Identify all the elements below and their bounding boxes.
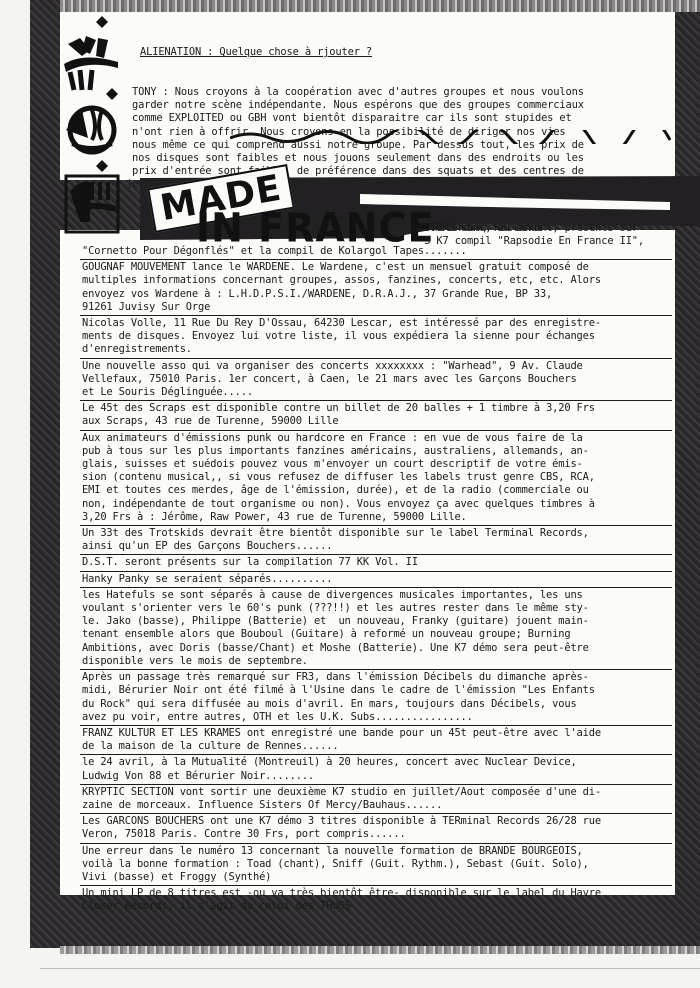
news-item: Un 33t des Trotskids devrait être bientô… (80, 525, 672, 554)
news-line: pub à tous sur les plus importants fanzi… (82, 445, 670, 458)
news-line: Closer Records, il s'agit de celui des T… (82, 900, 670, 913)
news-line: ments de disques. Envoyez lui votre list… (82, 330, 670, 343)
news-line: non, indépendante de tout organisme ou n… (82, 498, 670, 511)
page-bottom-strip (60, 946, 700, 954)
news-line: midi, Bérurier Noir ont été filmé à l'Us… (82, 684, 670, 697)
news-line: "Cornetto Pour Dégonflés" et la compil d… (82, 245, 670, 258)
squiggle-divider (230, 130, 680, 144)
news-item: KRYPTIC SECTION vont sortir une deuxième… (80, 784, 672, 813)
news-line: multiples informations concernant groupe… (82, 274, 670, 287)
news-item: Une erreur dans le numéro 13 concernant … (80, 843, 672, 886)
news-line: FRANZ KULTUR ET LES KRAMES ont enregistr… (82, 727, 670, 740)
news-item: Les GARCONS BOUCHERS ont une K7 démo 3 t… (80, 813, 672, 842)
news-item: Après un passage très remarqué sur FR3, … (80, 669, 672, 725)
news-line: sion (contenu musical,, si vous refusez … (82, 471, 670, 484)
news-item: Un mini LP de 8 titres est -ou va très b… (80, 885, 672, 914)
interview-line: garder notre scène indépendante. Nous es… (132, 99, 672, 112)
news-item: Nicolas Volle, 11 Rue Du Rey D'Ossau, 64… (80, 315, 672, 358)
news-line: Les GARCONS BOUCHERS ont une K7 démo 3 t… (82, 815, 670, 828)
news-item: FRANZ KULTUR ET LES KRAMES ont enregistr… (80, 725, 672, 754)
news-line: de la maison de la culture de Rennes....… (82, 740, 670, 753)
news-line: les Hatefuls se sont séparés à cause de … (82, 589, 670, 602)
news-line: GOUGNAF MOUVEMENT lance le WARDENE. Le W… (82, 261, 670, 274)
news-list: "Cornetto Pour Dégonflés" et la compil d… (80, 244, 672, 915)
news-line: ainsi qu'un EP des Garçons Bouchers.....… (82, 540, 670, 553)
news-line: Un 33t des Trotskids devrait être bientô… (82, 527, 670, 540)
news-item: le 24 avril, à la Mutualité (Montreuil) … (80, 754, 672, 783)
news-line: avez pu voir, entre autres, OTH et les U… (82, 711, 670, 724)
news-line: KRYPTIC SECTION vont sortir une deuxième… (82, 786, 670, 799)
news-line: glais, suisses et suédois pouvez vous m'… (82, 458, 670, 471)
grafitti-glyph-2-icon (62, 86, 120, 164)
news-line: 3,20 Frs à : Jérôme, Raw Power, 43 rue d… (82, 511, 670, 524)
news-line: et Le Souris Déglinguée..... (82, 386, 670, 399)
page-top-strip (60, 0, 700, 12)
news-line: 91261 Juvisy Sur Orge (82, 301, 670, 314)
news-line: Aux animateurs d'émissions punk ou hardc… (82, 432, 670, 445)
news-item: Hanky Panky se seraient séparés.........… (80, 571, 672, 587)
news-item: GOUGNAF MOUVEMENT lance le WARDENE. Le W… (80, 259, 672, 315)
disturb-line: DISTURB sont, ou seront, présents sur (412, 222, 644, 235)
news-line: Ambitions, avec Doris (basse/Chant) et M… (82, 642, 670, 655)
news-line: Le 45t des Scraps est disponible contre … (82, 402, 670, 415)
news-line: Une nouvelle asso qui va organiser des c… (82, 360, 670, 373)
news-line: tenant ensemble alors que Bouboul (Guita… (82, 628, 670, 641)
news-line: Une erreur dans le numéro 13 concernant … (82, 845, 670, 858)
news-line: Après un passage très remarqué sur FR3, … (82, 671, 670, 684)
news-line: voilà la bonne formation : Toad (chant),… (82, 858, 670, 871)
news-line: Veron, 75018 Paris. Contre 30 Frs, port … (82, 828, 670, 841)
news-line: du Rock" qui sera diffusée au mois d'avr… (82, 698, 670, 711)
news-item: les Hatefuls se sont séparés à cause de … (80, 587, 672, 669)
news-line: Vellefaux, 75010 Paris. 1er concert, à C… (82, 373, 670, 386)
grafitti-glyph-1-icon (62, 14, 120, 94)
news-line: Ludwig Von 88 et Bérurier Noir........ (82, 770, 670, 783)
news-line: envoyez vos Wardene à : L.H.D.P.S.I./WAR… (82, 288, 670, 301)
news-line: zaine de morceaux. Influence Sisters Of … (82, 799, 670, 812)
news-line: aux Scraps, 43 rue de Turenne, 59000 Lil… (82, 415, 670, 428)
news-item: Aux animateurs d'émissions punk ou hardc… (80, 430, 672, 525)
news-item: D.S.T. seront présents sur la compilatio… (80, 554, 672, 570)
interview-title: ALIENATION : Quelque chose à rjouter ? (132, 46, 672, 59)
news-item: Une nouvelle asso qui va organiser des c… (80, 358, 672, 401)
news-line: disponible vers le mois de septembre. (82, 655, 670, 668)
news-item: "Cornetto Pour Dégonflés" et la compil d… (80, 244, 672, 259)
news-line: D.S.T. seront présents sur la compilatio… (82, 556, 670, 569)
news-line: voulant s'orienter vers le 60's punk (??… (82, 602, 670, 615)
interview-line: comme EXPLOITED ou GBH vont bientôt disp… (132, 112, 672, 125)
news-line: le 24 avril, à la Mutualité (Montreuil) … (82, 756, 670, 769)
news-line: d'enregistrements. (82, 343, 670, 356)
news-line: Un mini LP de 8 titres est -ou va très b… (82, 887, 670, 900)
interview-line: TONY : Nous croyons à la coopération ave… (132, 86, 672, 99)
interview-line: nos disques sont faibles et nous jouons … (132, 152, 672, 165)
news-line: EMI et toutes ces merdes, âge de l'émiss… (82, 484, 670, 497)
page-bottom-line (40, 968, 700, 969)
news-line: Vivi (basse) et Froggy (Synthé) (82, 871, 670, 884)
news-line: Hanky Panky se seraient séparés.........… (82, 573, 670, 586)
news-line: Nicolas Volle, 11 Rue Du Rey D'Ossau, 64… (82, 317, 670, 330)
news-line: le. Jako (basse), Philippe (Batterie) et… (82, 615, 670, 628)
news-item: Le 45t des Scraps est disponible contre … (80, 400, 672, 429)
